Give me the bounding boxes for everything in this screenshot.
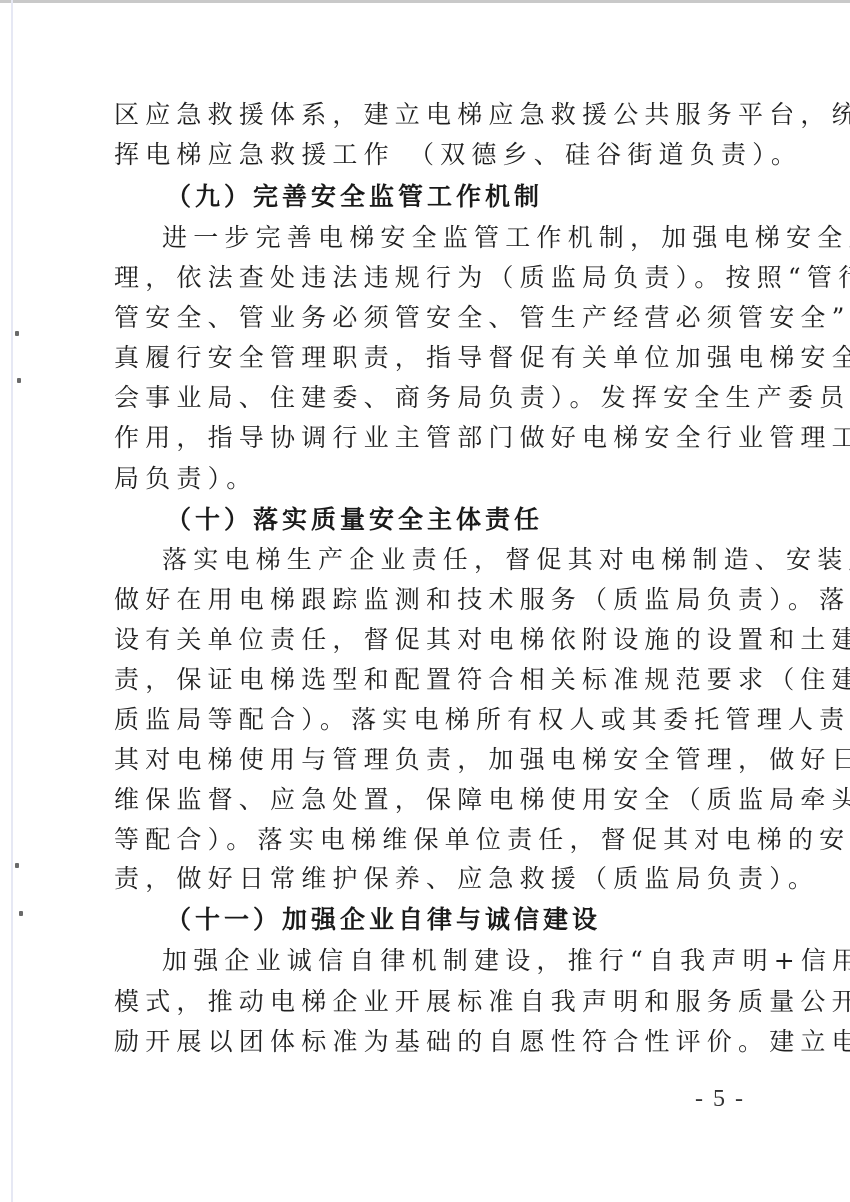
paragraph-first-line: 加强企业诚信自律机制建设，推行“自我声明+信用管理” (162, 941, 754, 981)
body-line: 会事业局、住建委、商务局负责）。发挥安全生产委员会办公室 (114, 378, 754, 418)
body-line: 模式，推动电梯企业开展标准自我声明和服务质量公开承诺，鼓 (114, 982, 754, 1022)
section-heading-11: （十一）加强企业自律与诚信建设 (166, 900, 754, 940)
body-line: 做好在用电梯跟踪监测和技术服务（质监局负责）。落实房屋建 (114, 580, 754, 620)
body-line: 责，保证电梯选型和配置符合相关标准规范要求（住建委牵头， (114, 660, 754, 700)
body-line: 其对电梯使用与管理负责，加强电梯安全管理，做好日常检查、 (114, 740, 754, 780)
body-line: 励开展以团体标准为基础的自愿性符合性评价。建立电梯制造安 (114, 1022, 754, 1062)
body-line: 理，依法查处违法违规行为（质监局负责）。按照“管行业必须 (114, 258, 754, 298)
body-line: 管安全、管业务必须管安全、管生产经营必须管安全”要求，认 (114, 298, 754, 338)
body-line: 局负责）。 (114, 459, 754, 499)
body-line: 真履行安全管理职责，指导督促有关单位加强电梯安全管理（社 (114, 338, 754, 378)
body-line: 责，做好日常维护保养、应急救援（质监局负责）。 (114, 859, 754, 899)
section-heading-10: （十）落实质量安全主体责任 (166, 500, 754, 540)
paragraph-first-line: 落实电梯生产企业责任，督促其对电梯制造、安装质量负责， (162, 540, 754, 580)
document-page: 区应急救援体系，建立电梯应急救援公共服务平台，统一协调指 挥电梯应急救援工作 （… (0, 0, 850, 1202)
page-number: - 5 - (680, 1086, 760, 1113)
body-line: 维保监督、应急处置，保障电梯使用安全（质监局牵头，住建委 (114, 780, 754, 820)
body-line: 作用，指导协调行业主管部门做好电梯安全行业管理工作（安监 (114, 418, 754, 458)
body-line: 质监局等配合）。落实电梯所有权人或其委托管理人责任，督促 (114, 700, 754, 740)
paragraph-first-line: 进一步完善电梯安全监管工作机制，加强电梯安全监督管 (162, 218, 754, 258)
section-heading-9: （九）完善安全监管工作机制 (166, 177, 754, 217)
body-line: 设有关单位责任，督促其对电梯依附设施的设置和土建质量负 (114, 620, 754, 660)
body-line: 等配合）。落实电梯维保单位责任，督促其对电梯的安全性能负 (114, 820, 754, 860)
body-line: 挥电梯应急救援工作 （双德乡、硅谷街道负责）。 (114, 135, 754, 175)
body-line: 区应急救援体系，建立电梯应急救援公共服务平台，统一协调指 (114, 95, 754, 135)
